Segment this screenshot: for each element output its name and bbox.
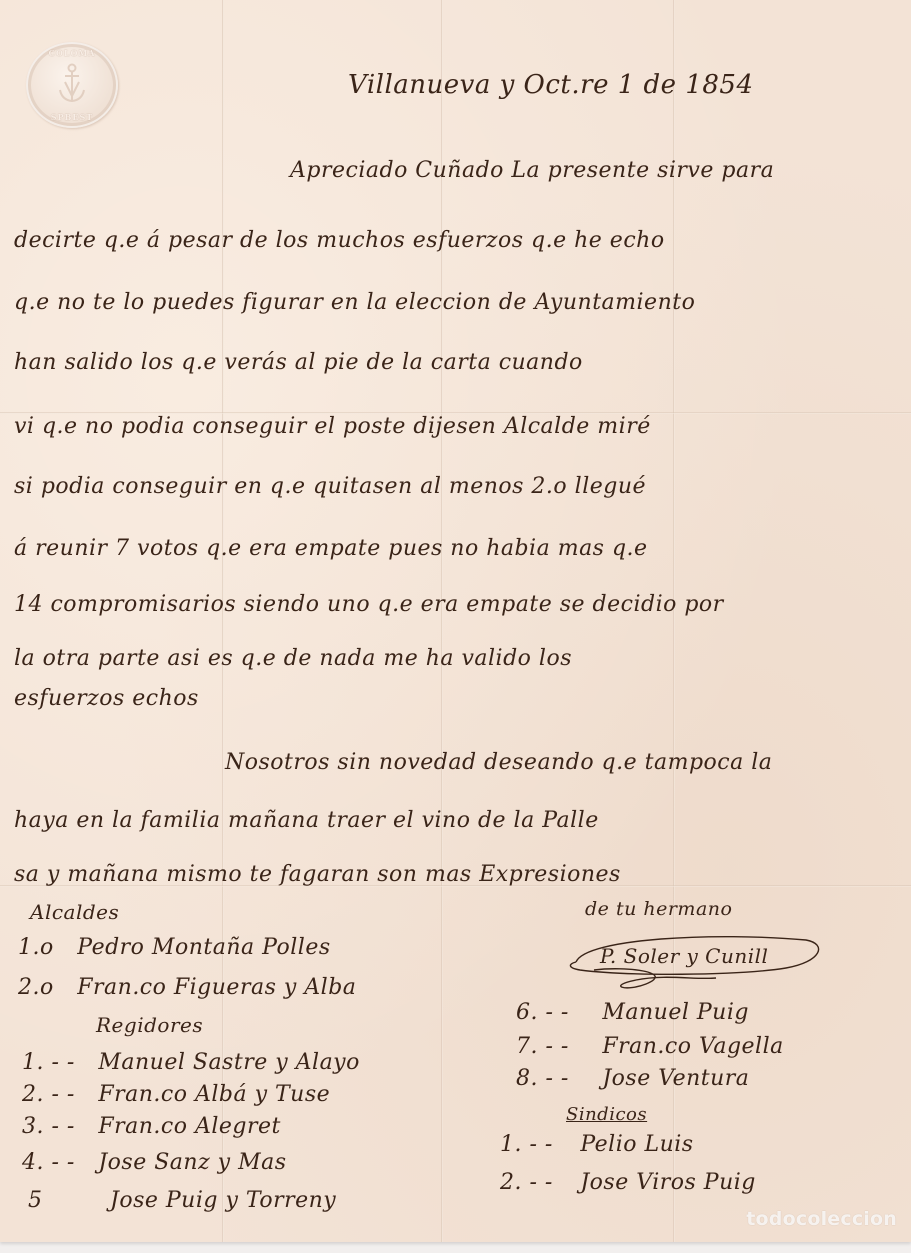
list-item: 6. - - Manuel Puig	[516, 1000, 749, 1025]
list-number: 2.o	[18, 975, 54, 1000]
list-item: 4. - - Jose Sanz y Mas	[22, 1150, 287, 1175]
list-name: Manuel Sastre y Alayo	[98, 1050, 360, 1075]
list-item: 2.o Fran.co Figueras y Alba	[18, 975, 356, 1000]
body-line: vi q.e no podia conseguir el poste dijes…	[14, 414, 651, 439]
list-number: 2. - -	[500, 1170, 553, 1195]
list-item: 5 Jose Puig y Torreny	[28, 1188, 336, 1213]
embossed-seal: COLOMA SPBEST	[26, 42, 118, 128]
list-number: 1. - -	[500, 1132, 553, 1157]
regidores-heading: Regidores	[96, 1013, 203, 1037]
list-name: Pedro Montaña Polles	[77, 935, 330, 960]
list-name: Jose Puig y Torreny	[110, 1188, 336, 1213]
list-number: 5	[28, 1188, 43, 1213]
list-name: Fran.co Alegret	[98, 1114, 281, 1139]
list-item: 1. - - Pelio Luis	[500, 1132, 694, 1157]
list-number: 1. - -	[22, 1050, 75, 1075]
body-line: á reunir 7 votos q.e era empate pues no …	[14, 536, 648, 561]
list-item: 1.o Pedro Montaña Polles	[18, 935, 331, 960]
salutation: Apreciado Cuñado La presente sirve para	[290, 158, 774, 183]
closing-text: de tu hermano	[585, 898, 732, 920]
list-number: 7. - -	[516, 1034, 569, 1059]
list-number: 6. - -	[516, 1000, 569, 1025]
list-item: 1. - - Manuel Sastre y Alayo	[22, 1050, 360, 1075]
list-name: Jose Viros Puig	[580, 1170, 756, 1195]
letter-page: COLOMA SPBEST Villanueva y Oct.re 1 de 1…	[0, 0, 911, 1242]
list-name: Fran.co Vagella	[602, 1034, 783, 1059]
alcaldes-heading: Alcaldes	[30, 900, 119, 924]
list-name: Manuel Puig	[602, 1000, 749, 1025]
list-name: Fran.co Albá y Tuse	[98, 1082, 330, 1107]
body-line: decirte q.e á pesar de los muchos esfuer…	[14, 228, 665, 253]
list-item: 2. - - Jose Viros Puig	[500, 1170, 756, 1195]
signature: P. Soler y Cunill	[600, 944, 768, 968]
fold-line	[441, 0, 443, 1242]
list-name: Jose Ventura	[602, 1066, 749, 1091]
body-line: q.e no te lo puedes figurar en la elecci…	[14, 290, 695, 315]
list-number: 2. - -	[22, 1082, 75, 1107]
list-name: Fran.co Figueras y Alba	[77, 975, 356, 1000]
list-item: 7. - - Fran.co Vagella	[516, 1034, 784, 1059]
list-number: 3. - -	[22, 1114, 75, 1139]
list-item: 8. - - Jose Ventura	[516, 1066, 749, 1091]
seal-text-bottom: SPBEST	[26, 112, 118, 122]
body-line: han salido los q.e verás al pie de la ca…	[14, 350, 583, 375]
list-item: 3. - - Fran.co Alegret	[22, 1114, 281, 1139]
list-number: 4. - -	[22, 1150, 75, 1175]
list-item: 2. - - Fran.co Albá y Tuse	[22, 1082, 330, 1107]
seal-text-top: COLOMA	[26, 48, 118, 58]
body-line: si podia conseguir en q.e quitasen al me…	[14, 474, 646, 499]
body-line: 14 compromisarios siendo uno q.e era emp…	[14, 592, 724, 617]
place-date: Villanueva y Oct.re 1 de 1854	[348, 70, 754, 100]
paragraph2-line: Nosotros sin novedad deseando q.e tampoc…	[225, 750, 772, 775]
body-line: esfuerzos echos	[14, 686, 199, 711]
paragraph2-line: haya en la familia mañana traer el vino …	[14, 808, 599, 833]
body-line: la otra parte asi es q.e de nada me ha v…	[14, 646, 572, 671]
anchor-emblem-icon	[56, 62, 88, 106]
list-name: Pelio Luis	[580, 1132, 693, 1157]
list-number: 1.o	[18, 935, 54, 960]
sindicos-heading: Sindicos	[566, 1104, 647, 1125]
list-number: 8. - -	[516, 1066, 569, 1091]
watermark-logo: todocoleccion	[746, 1208, 897, 1230]
paragraph2-line: sa y mañana mismo te fagaran son mas Exp…	[14, 862, 621, 887]
list-name: Jose Sanz y Mas	[98, 1150, 286, 1175]
